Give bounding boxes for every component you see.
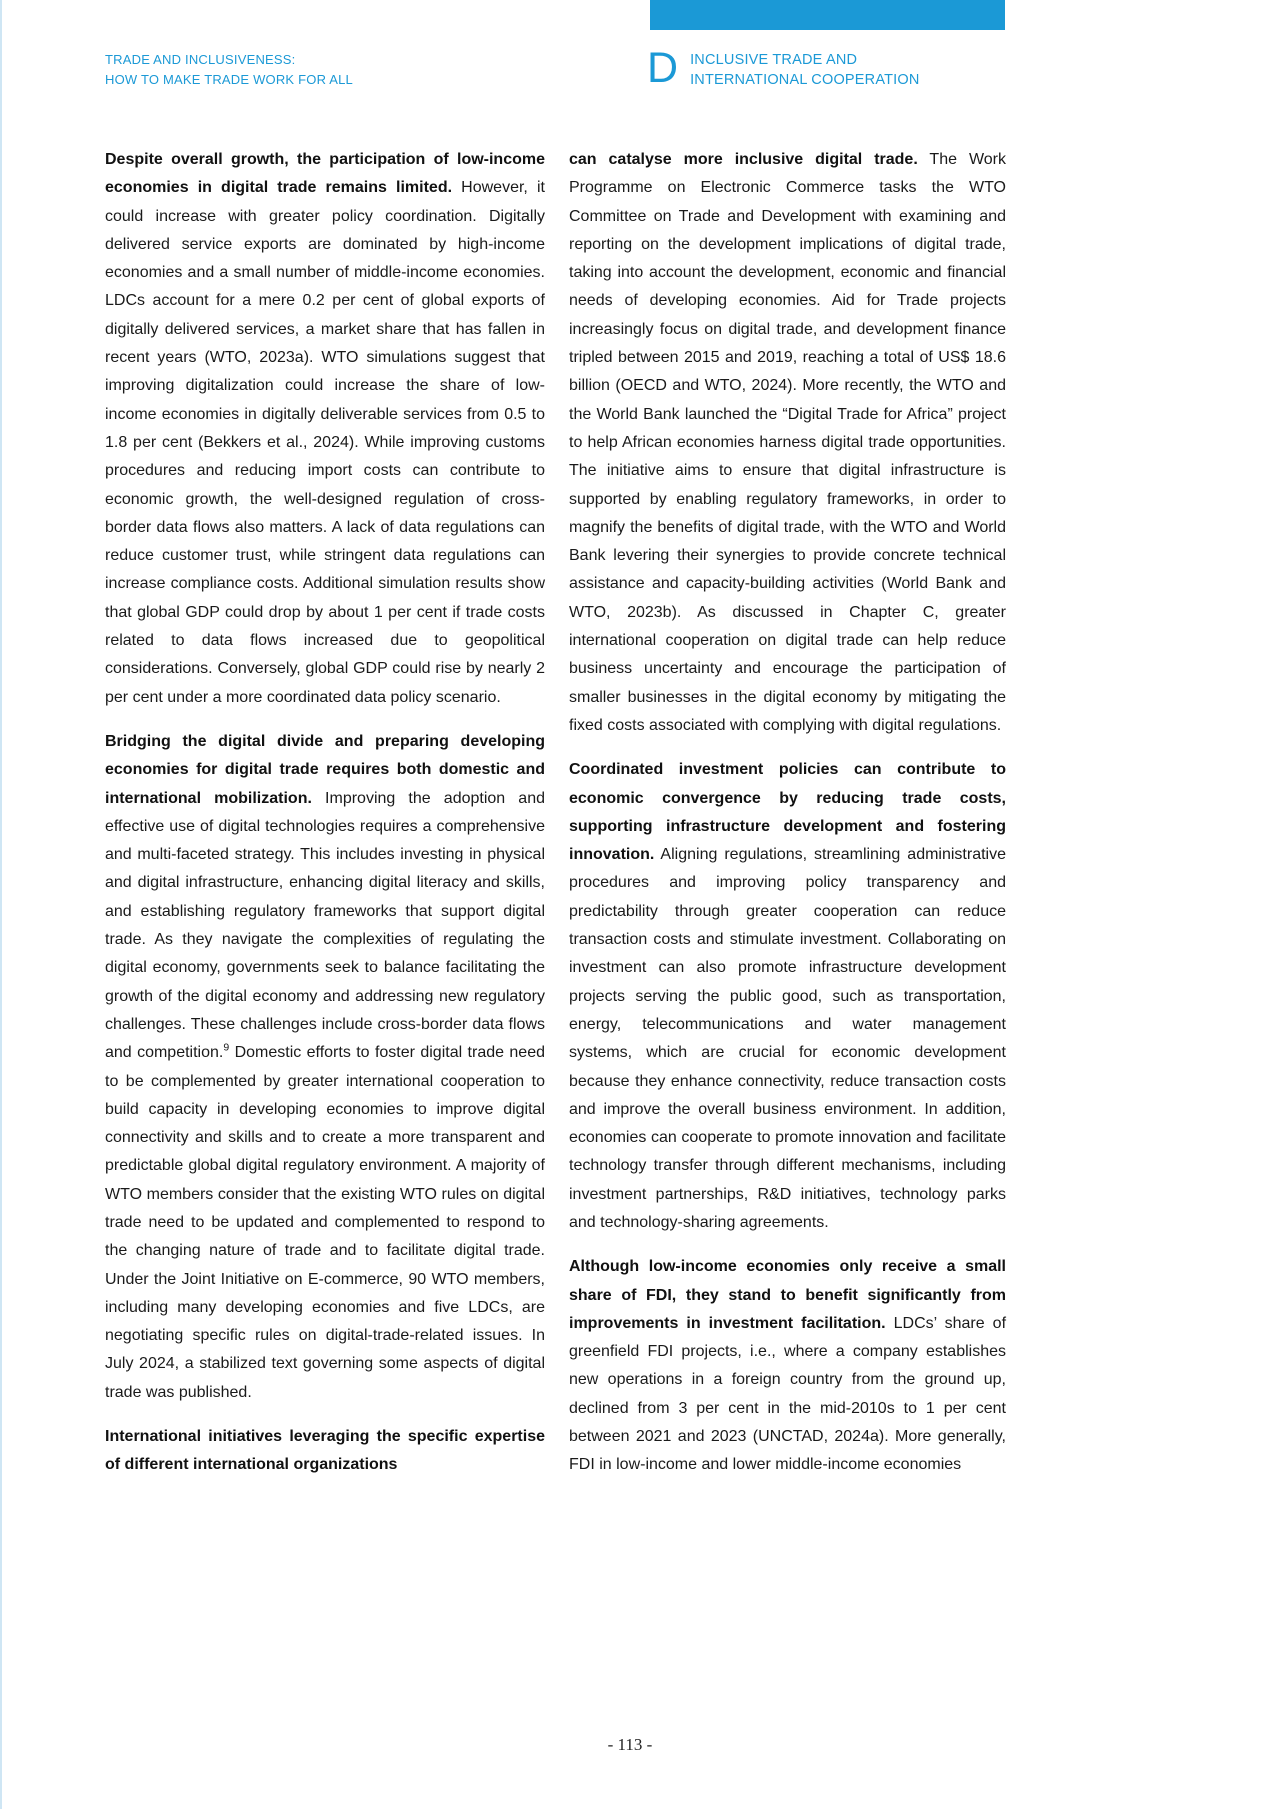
chapter-letter: D bbox=[647, 46, 678, 90]
paragraph-bridging-digital-divide: Bridging the digital divide and preparin… bbox=[105, 728, 545, 1407]
paragraph-body-text: The Work Programme on Electronic Commerc… bbox=[569, 151, 1006, 734]
paragraph-catalyse-inclusive-digital-trade: can catalyse more inclusive digital trad… bbox=[569, 146, 1006, 740]
page-edge-accent-line bbox=[0, 0, 2, 1809]
chapter-title-line2: INTERNATIONAL COOPERATION bbox=[690, 70, 920, 90]
paragraph-international-initiatives-lead: International initiatives leveraging the… bbox=[105, 1423, 545, 1480]
chapter-title-line1: INCLUSIVE TRADE AND bbox=[690, 50, 920, 70]
paragraph-lead-sentence: can catalyse more inclusive digital trad… bbox=[569, 151, 918, 168]
chapter-title: INCLUSIVE TRADE AND INTERNATIONAL COOPER… bbox=[690, 46, 920, 90]
running-title-line2: HOW TO MAKE TRADE WORK FOR ALL bbox=[105, 70, 353, 90]
chapter-color-bar bbox=[650, 0, 1005, 30]
right-text-column: can catalyse more inclusive digital trad… bbox=[569, 146, 1006, 1496]
page-number: - 113 - bbox=[0, 1735, 1260, 1755]
paragraph-fdi-low-income-economies: Although low-income economies only recei… bbox=[569, 1253, 1006, 1479]
paragraph-body-text: Domestic efforts to foster digital trade… bbox=[105, 1044, 545, 1401]
paragraph-body-text: Aligning regulations, streamlining admin… bbox=[569, 846, 1006, 1231]
running-title-line1: TRADE AND INCLUSIVENESS: bbox=[105, 50, 353, 70]
chapter-heading: D INCLUSIVE TRADE AND INTERNATIONAL COOP… bbox=[647, 46, 920, 90]
paragraph-coordinated-investment-policies: Coordinated investment policies can cont… bbox=[569, 756, 1006, 1237]
paragraph-body-text: LDCs’ share of greenfield FDI projects, … bbox=[569, 1315, 1006, 1473]
left-text-column: Despite overall growth, the participatio… bbox=[105, 146, 545, 1496]
paragraph-digital-trade-participation: Despite overall growth, the participatio… bbox=[105, 146, 545, 712]
paragraph-body-text: However, it could increase with greater … bbox=[105, 179, 545, 705]
document-page: TRADE AND INCLUSIVENESS: HOW TO MAKE TRA… bbox=[0, 0, 1280, 1809]
paragraph-lead-sentence: International initiatives leveraging the… bbox=[105, 1428, 545, 1473]
running-title: TRADE AND INCLUSIVENESS: HOW TO MAKE TRA… bbox=[105, 50, 353, 90]
paragraph-body-text: Improving the adoption and effective use… bbox=[105, 790, 545, 1062]
